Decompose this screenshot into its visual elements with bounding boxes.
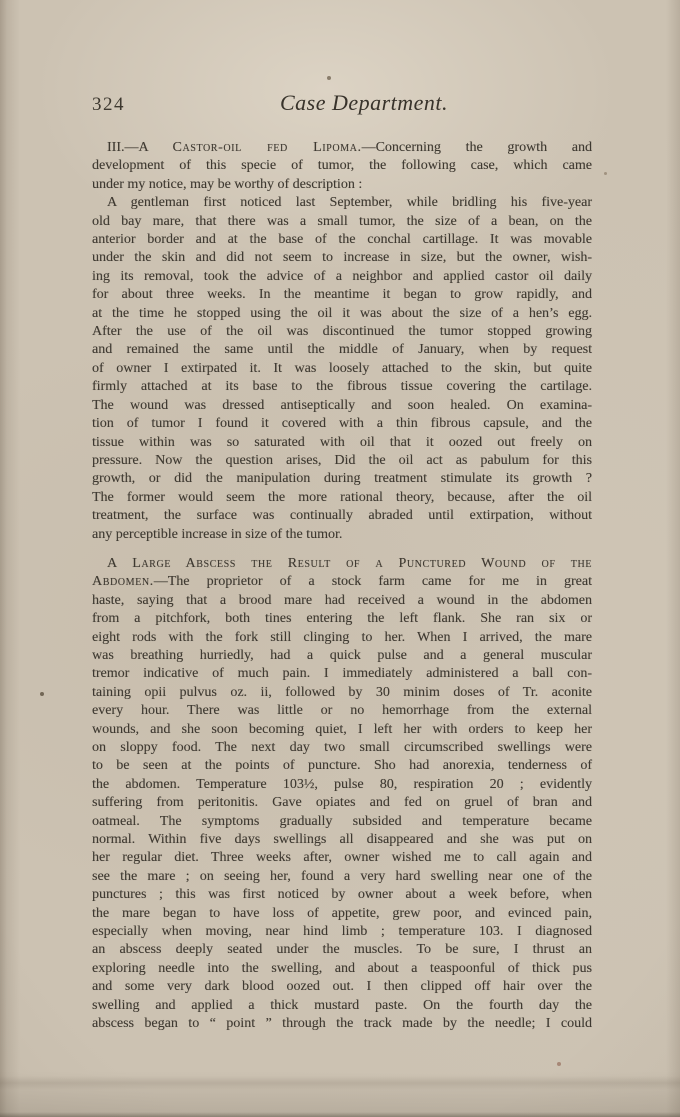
body-text: punctures ; this was first noticed by ow… xyxy=(92,887,592,902)
text-line: and some very dark blood oozed out. I th… xyxy=(92,978,592,996)
body-text: was breathing hurriedly, had a quick pul… xyxy=(92,648,592,663)
body-text: haste, saying that a brood mare had rece… xyxy=(92,593,592,608)
text-line: tion of tumor I found it covered with a … xyxy=(92,415,592,433)
text-line: old bay mare, that there was a small tum… xyxy=(92,213,592,231)
text-line: ing its removal, took the advice of a ne… xyxy=(92,268,592,286)
page-bottom-edge xyxy=(0,1112,680,1117)
body-text: tissue within was so saturated with oil … xyxy=(92,435,592,450)
paper-speck xyxy=(557,1062,561,1066)
body-text: swelling and applied a thick mustard pas… xyxy=(92,998,592,1013)
body-text: anterior border and at the base of the c… xyxy=(92,232,592,247)
text-line: for about three weeks. In the meantime i… xyxy=(92,286,592,304)
text-line: taining opii pulvus oz. ii, followed by … xyxy=(92,684,592,702)
page-bottom-shade-band xyxy=(0,1076,680,1090)
body-text: III.—A xyxy=(107,140,173,155)
body-text: pressure. Now the question arises, Did t… xyxy=(92,453,592,468)
body-text: development of this specie of tumor, the… xyxy=(92,158,592,173)
text-block: III.—A Castor-oil fed Lipoma.—Concerning… xyxy=(92,139,592,1034)
case-iii-castor-oil-lipoma-intro: III.—A Castor-oil fed Lipoma.—Concerning… xyxy=(92,139,592,194)
body-text: The wound was dressed antiseptically and… xyxy=(92,398,592,413)
small-caps-heading-text: A Large Abscess the Result of a Puncture… xyxy=(107,556,592,571)
scanned-book-page: { "page": { "number": "324", "running_ti… xyxy=(0,0,680,1117)
body-text: wounds, and she soon becoming quiet, I l… xyxy=(92,722,592,737)
text-line: The former would seem the more rational … xyxy=(92,489,592,507)
body-text: and some very dark blood oozed out. I th… xyxy=(92,979,592,994)
body-text: After the use of the oil was discontinue… xyxy=(92,324,592,339)
text-line: Abdomen.—The proprietor of a stock farm … xyxy=(92,573,592,591)
text-line: the mare began to have loss of appetite,… xyxy=(92,905,592,923)
text-line: on sloppy food. The next day two small c… xyxy=(92,739,592,757)
running-title: Case Department. xyxy=(0,90,680,116)
text-line: to be seen at the points of puncture. Sh… xyxy=(92,757,592,775)
text-line: The wound was dressed antiseptically and… xyxy=(92,397,592,415)
body-text: from a pitchfork, both tines entering th… xyxy=(92,611,592,626)
body-text: —The proprietor of a stock farm came for… xyxy=(154,574,592,589)
text-line: treatment, the surface was continually a… xyxy=(92,507,592,525)
text-line: A gentleman first noticed last September… xyxy=(92,194,592,212)
body-text: tremor indicative of much pain. I immedi… xyxy=(92,666,592,681)
text-line: tissue within was so saturated with oil … xyxy=(92,434,592,452)
body-text: an abscess deeply seated under the muscl… xyxy=(92,942,592,957)
body-text: under my notice, may be worthy of descri… xyxy=(92,177,362,192)
text-line: under my notice, may be worthy of descri… xyxy=(92,176,592,194)
body-text: of owner I extirpated it. It was loosely… xyxy=(92,361,592,376)
body-text: firmly attached at its base to the fibro… xyxy=(92,379,592,394)
text-line: and remained the same until the middle o… xyxy=(92,341,592,359)
body-text: growth, or did the manipulation during t… xyxy=(92,471,592,486)
text-line: at the time he stopped using the oil it … xyxy=(92,305,592,323)
page-gutter-shadow xyxy=(0,0,20,1117)
text-line: A Large Abscess the Result of a Puncture… xyxy=(92,555,592,573)
body-text: old bay mare, that there was a small tum… xyxy=(92,214,592,229)
text-line: normal. Within five days swellings all d… xyxy=(92,831,592,849)
body-text: under the skin and did not seem to incre… xyxy=(92,250,592,265)
body-text: oatmeal. The symptoms gradually subsided… xyxy=(92,814,592,829)
body-text: her regular diet. Three weeks after, own… xyxy=(92,850,592,865)
text-line: abscess began to “ point ” through the t… xyxy=(92,1015,592,1033)
text-line: swelling and applied a thick mustard pas… xyxy=(92,997,592,1015)
body-text: suffering from peritonitis. Gave opiates… xyxy=(92,795,592,810)
text-line: tremor indicative of much pain. I immedi… xyxy=(92,665,592,683)
body-text: A gentleman first noticed last September… xyxy=(107,195,592,210)
castor-oil-lipoma-case-body: A gentleman first noticed last September… xyxy=(92,194,592,544)
text-line: growth, or did the manipulation during t… xyxy=(92,470,592,488)
body-text: the abdomen. Temperature 103½, pulse 80,… xyxy=(92,777,592,792)
text-line: was breathing hurriedly, had a quick pul… xyxy=(92,647,592,665)
paper-speck xyxy=(40,692,44,696)
text-line: of owner I extirpated it. It was loosely… xyxy=(92,360,592,378)
text-line: see the mare ; on seeing her, found a ve… xyxy=(92,868,592,886)
body-text: on sloppy food. The next day two small c… xyxy=(92,740,592,755)
page-bottom-shadow xyxy=(0,1071,680,1117)
body-text: especially when moving, near hind limb ;… xyxy=(92,924,592,939)
text-line: oatmeal. The symptoms gradually subsided… xyxy=(92,813,592,831)
text-line: development of this specie of tumor, the… xyxy=(92,157,592,175)
body-text: every hour. There was little or no hemor… xyxy=(92,703,592,718)
text-line: exploring needle into the swelling, and … xyxy=(92,960,592,978)
text-line: her regular diet. Three weeks after, own… xyxy=(92,849,592,867)
paper-speck xyxy=(604,172,607,175)
body-text: tion of tumor I found it covered with a … xyxy=(92,416,592,431)
text-line: After the use of the oil was discontinue… xyxy=(92,323,592,341)
small-caps-heading-text: Castor-oil fed Lipoma. xyxy=(173,140,362,155)
body-text: treatment, the surface was continually a… xyxy=(92,508,592,523)
body-text: for about three weeks. In the meantime i… xyxy=(92,287,592,302)
body-text: abscess began to “ point ” through the t… xyxy=(92,1016,592,1031)
text-line: an abscess deeply seated under the muscl… xyxy=(92,941,592,959)
text-line: wounds, and she soon becoming quiet, I l… xyxy=(92,721,592,739)
text-line: eight rods with the fork still clinging … xyxy=(92,629,592,647)
body-text: any perceptible increase in size of the … xyxy=(92,527,342,542)
body-text: at the time he stopped using the oil it … xyxy=(92,306,592,321)
small-caps-heading-text: Abdomen. xyxy=(92,574,154,589)
text-line: from a pitchfork, both tines entering th… xyxy=(92,610,592,628)
paper-speck xyxy=(327,76,331,80)
body-text: see the mare ; on seeing her, found a ve… xyxy=(92,869,592,884)
page-right-edge-shadow xyxy=(666,0,680,1117)
text-line: punctures ; this was first noticed by ow… xyxy=(92,886,592,904)
text-line: every hour. There was little or no hemor… xyxy=(92,702,592,720)
text-line: especially when moving, near hind limb ;… xyxy=(92,923,592,941)
text-line: III.—A Castor-oil fed Lipoma.—Concerning… xyxy=(92,139,592,157)
body-text: taining opii pulvus oz. ii, followed by … xyxy=(92,685,592,700)
body-text: to be seen at the points of puncture. Sh… xyxy=(92,758,592,773)
text-line: firmly attached at its base to the fibro… xyxy=(92,378,592,396)
text-line: pressure. Now the question arises, Did t… xyxy=(92,452,592,470)
body-text: exploring needle into the swelling, and … xyxy=(92,961,592,976)
abscess-punctured-wound-case: A Large Abscess the Result of a Puncture… xyxy=(92,555,592,1034)
text-line: anterior border and at the base of the c… xyxy=(92,231,592,249)
text-line: any perceptible increase in size of the … xyxy=(92,526,592,544)
body-text: —Concerning the growth and xyxy=(362,140,592,155)
text-line: under the skin and did not seem to incre… xyxy=(92,249,592,267)
text-line: the abdomen. Temperature 103½, pulse 80,… xyxy=(92,776,592,794)
body-text: The former would seem the more rational … xyxy=(92,490,592,505)
body-text: eight rods with the fork still clinging … xyxy=(92,630,592,645)
text-line: haste, saying that a brood mare had rece… xyxy=(92,592,592,610)
text-line: suffering from peritonitis. Gave opiates… xyxy=(92,794,592,812)
body-text: and remained the same until the middle o… xyxy=(92,342,592,357)
body-text: ing its removal, took the advice of a ne… xyxy=(92,269,592,284)
body-text: normal. Within five days swellings all d… xyxy=(92,832,592,847)
body-text: the mare began to have loss of appetite,… xyxy=(92,906,592,921)
